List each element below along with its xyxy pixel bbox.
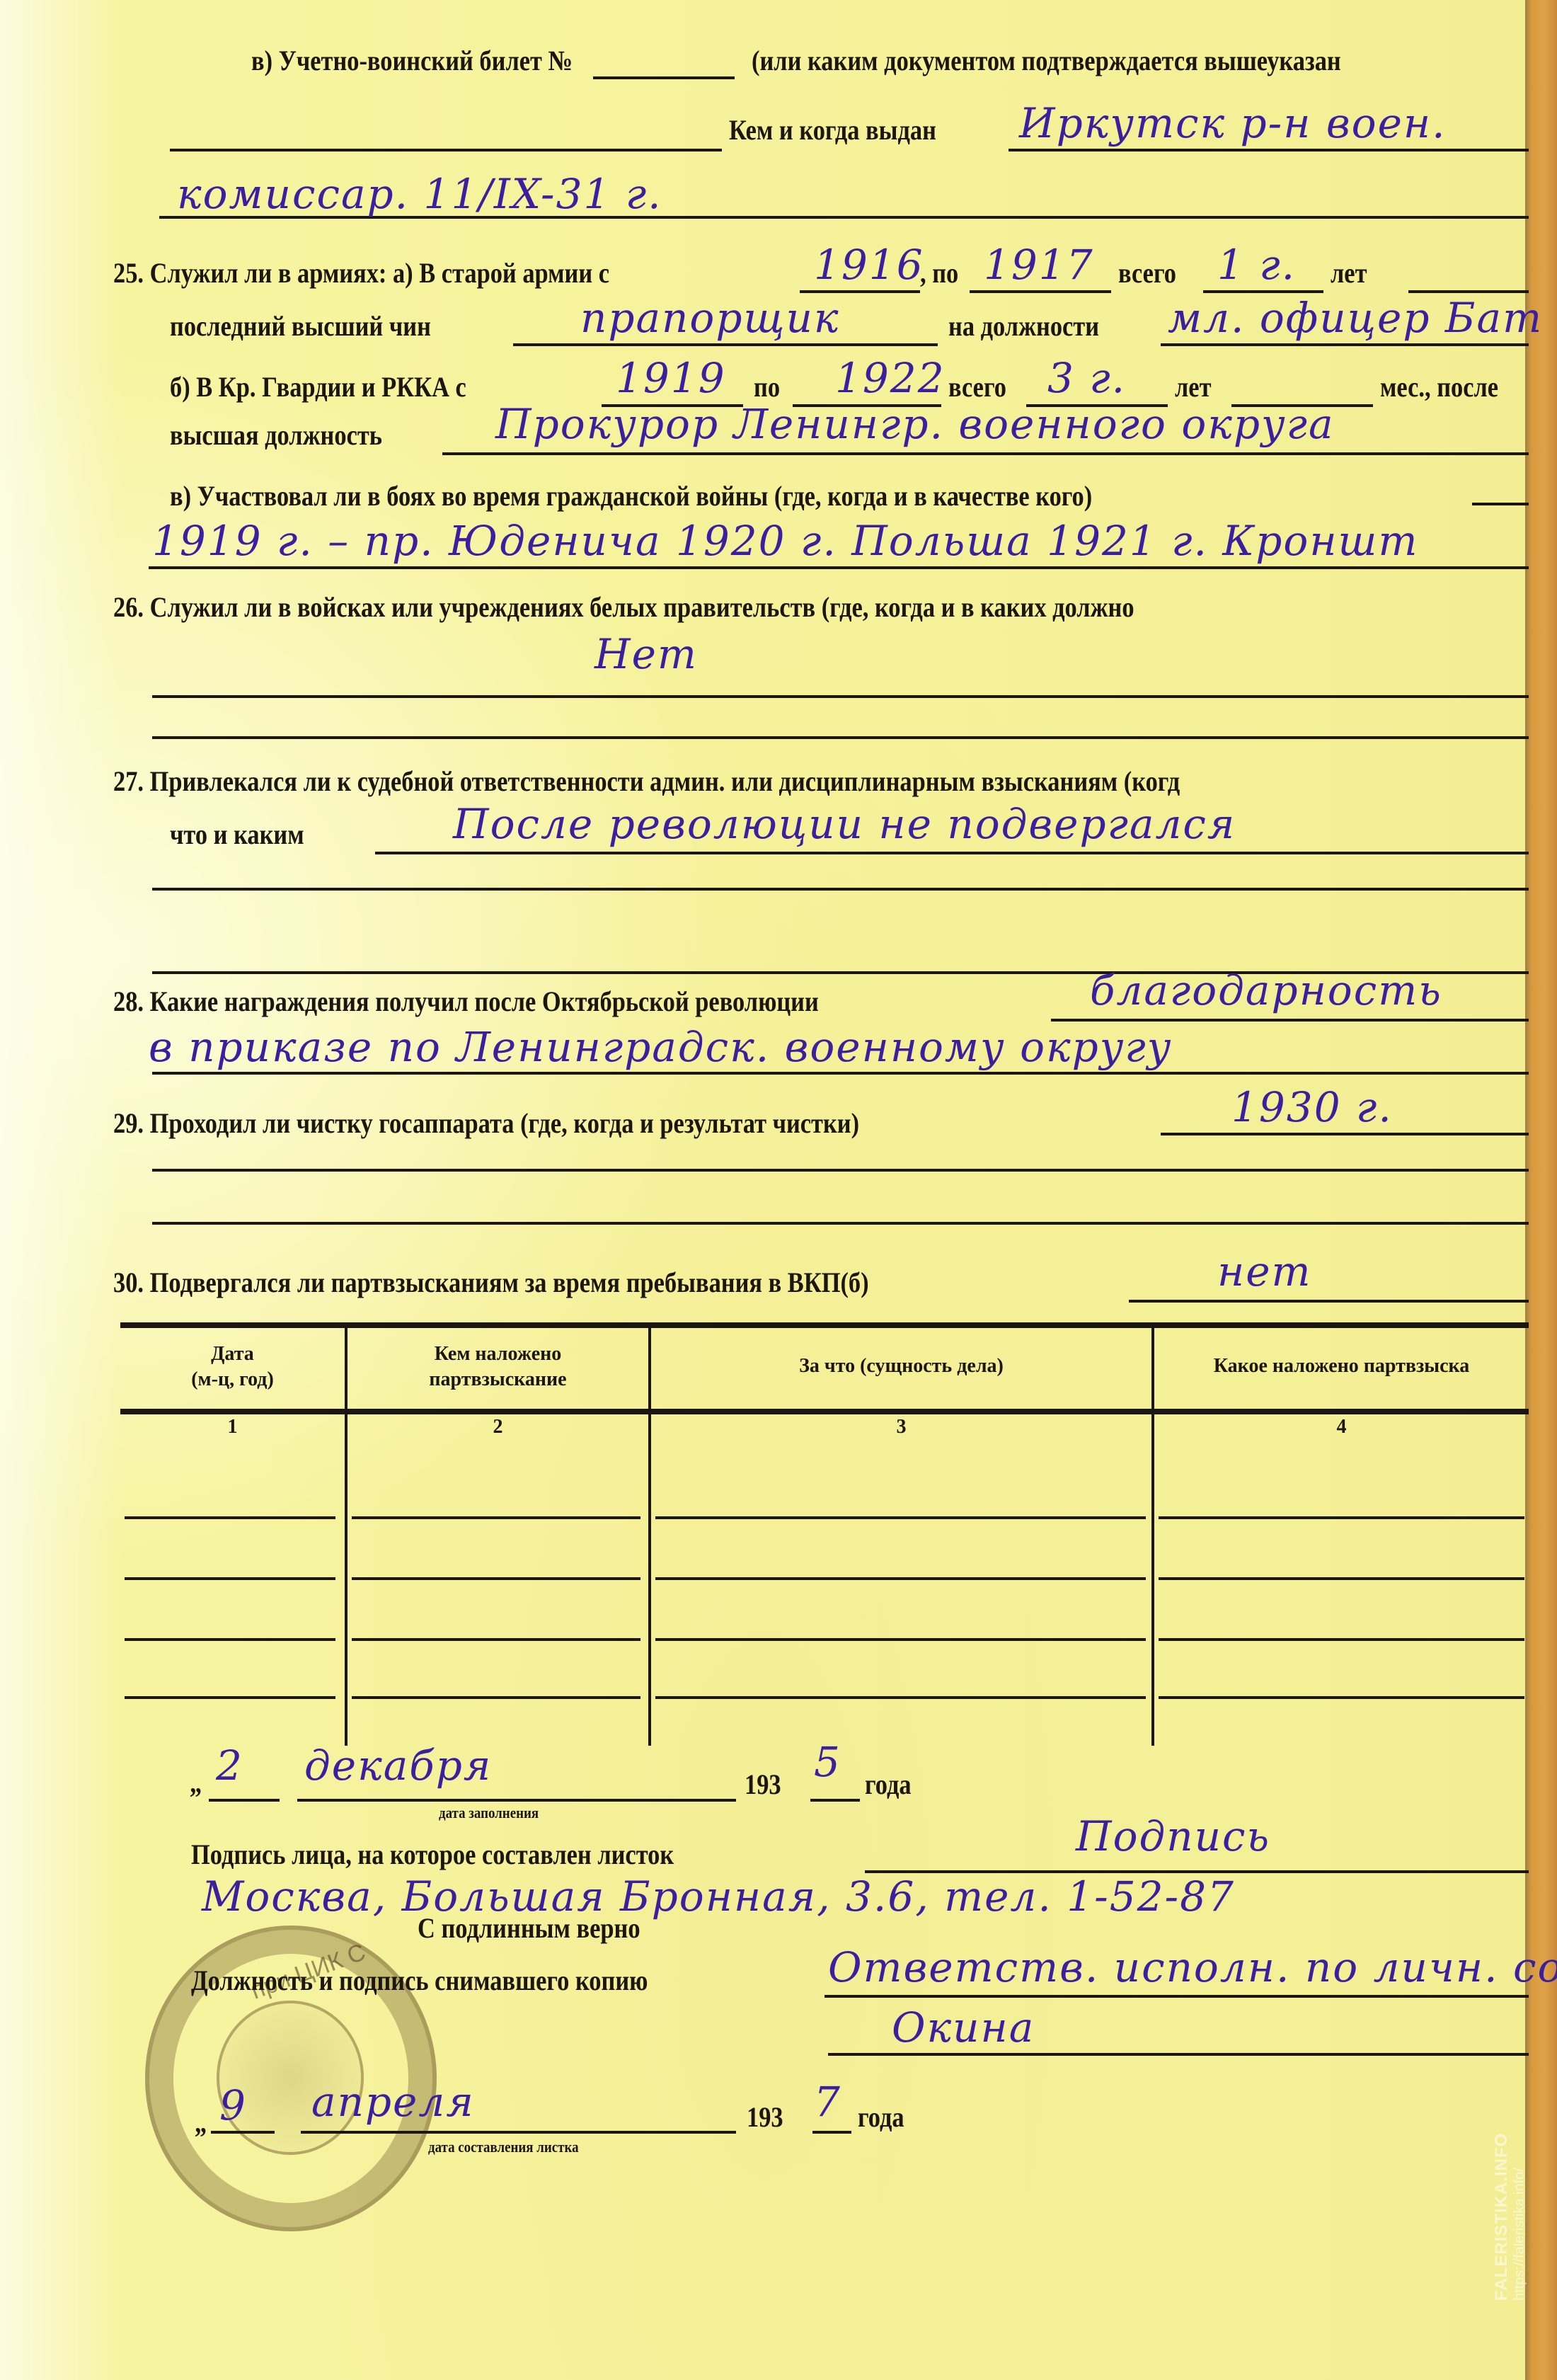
q25-label-b: б) В Кр. Гвардии и РККА с — [170, 370, 466, 404]
field-line — [297, 1799, 736, 1802]
table-row-line — [1159, 1638, 1524, 1641]
watermark-title: FALERISTIKA.INFO — [1492, 2133, 1512, 2301]
field-line — [211, 2131, 275, 2134]
table-row-line — [1159, 1696, 1524, 1699]
table-row-line — [352, 1577, 640, 1580]
table-row-line — [655, 1638, 1146, 1641]
fill-date-year-suffix: года — [865, 1768, 912, 1801]
q26-answer: Нет — [594, 630, 698, 678]
military-ticket-label-cont: (или каким документом подтверждается выш… — [752, 44, 1341, 77]
field-line — [1129, 1300, 1529, 1303]
table-row-line — [352, 1696, 640, 1699]
q25-old-army-from: 1916 — [814, 241, 924, 289]
q28-answer-2: в приказе по Ленинградск. военному округ… — [149, 1023, 1172, 1071]
table-row-line — [655, 1516, 1146, 1519]
fill-date-day: 2 — [216, 1741, 243, 1790]
q30-answer: нет — [1217, 1247, 1312, 1295]
field-line — [810, 1799, 860, 1802]
fill-date-year-prefix: 193 — [745, 1768, 781, 1801]
header-line: Дата — [120, 1341, 345, 1367]
fill-date-caption: дата заполнения — [439, 1804, 539, 1822]
table-col-number: 3 — [651, 1414, 1151, 1440]
q29-answer: 1930 г. — [1231, 1083, 1393, 1131]
table-header-reason: За что (сущность дела) — [651, 1354, 1151, 1379]
q27-label: 27. Привлекался ли к судебной ответствен… — [113, 765, 1180, 798]
military-ticket-label: в) Учетно-воинский билет № — [251, 44, 573, 77]
table-row-line — [655, 1577, 1146, 1580]
military-ticket-number-field — [593, 76, 735, 79]
table-col-number: 4 — [1154, 1414, 1529, 1440]
field-line — [1161, 1133, 1529, 1135]
copier-value-1: Ответств. исполн. по личн. сос — [828, 1943, 1557, 1991]
table-top-border — [120, 1322, 1529, 1328]
table-row-line — [1159, 1516, 1524, 1519]
q25-old-army-total: 1 г. — [1217, 241, 1296, 289]
q26-label: 26. Служил ли в войсках или учреждениях … — [113, 590, 1134, 624]
table-col-divider — [1151, 1322, 1154, 1746]
q27-answer: После революции не подвергался — [453, 800, 1236, 848]
field-line — [825, 1995, 1529, 1998]
table-col-number: 1 — [120, 1414, 345, 1440]
signature-label: Подпись лица, на которое составлен листо… — [191, 1838, 674, 1871]
table-row-line — [1159, 1577, 1524, 1580]
compile-date-year-suffix: года — [858, 2100, 904, 2134]
field-line — [152, 1169, 1529, 1172]
field-line — [970, 290, 1111, 293]
header-line: За что (сущность дела) — [651, 1354, 1151, 1379]
field-line — [375, 852, 1529, 854]
q25-position-label: на должности — [948, 309, 1099, 343]
q25-years-label: лет — [1331, 256, 1367, 290]
watermark-url: https://faleristika.info/ — [1512, 2133, 1528, 2301]
field-line — [152, 888, 1529, 891]
issued-by-value: Иркутск р-н воен. — [1019, 99, 1447, 147]
q29-label: 29. Проходил ли чистку госаппарата (где,… — [113, 1106, 859, 1140]
compile-date-year-digit: 7 — [814, 2078, 841, 2126]
table-header-penalty: Какое наложено партвзыска — [1154, 1354, 1529, 1379]
header-line: Какое наложено партвзыска — [1154, 1354, 1529, 1379]
q25-position-value: мл. офицер Бат — [1168, 294, 1543, 342]
table-row-line — [125, 1516, 335, 1519]
q25-label-v: в) Участвовал ли в боях во время граждан… — [170, 479, 1092, 513]
issued-by-line — [1009, 149, 1529, 151]
fill-date-quote: „ — [190, 1766, 202, 1800]
table-row-line — [125, 1638, 335, 1641]
field-line — [209, 1799, 280, 1802]
issued-by-label: Кем и когда выдан — [729, 113, 936, 147]
table-header-border — [120, 1409, 1529, 1414]
table-header-imposed-by: Кем наложено партвзыскание — [347, 1341, 648, 1392]
compile-date-quote: „ — [195, 2106, 207, 2139]
field-line — [812, 2131, 851, 2134]
q25-rkka-years-label: лет — [1175, 370, 1211, 404]
compile-date-day: 9 — [219, 2081, 247, 2129]
field-line — [800, 290, 920, 293]
signature-value: Подпись — [1076, 1812, 1270, 1860]
q25-rkka-from: 1919 — [616, 354, 726, 402]
field-line — [1472, 503, 1529, 505]
header-line: (м-ц, год) — [120, 1367, 345, 1392]
q25-rank-label: последний высший чин — [170, 309, 431, 343]
q25-rkka-to: 1922 — [835, 354, 946, 402]
q25-rkka-total: 3 г. — [1047, 354, 1126, 402]
table-header-date: Дата (м-ц, год) — [120, 1341, 345, 1392]
field-line — [1051, 1019, 1529, 1022]
q25-total-label: всего — [1118, 256, 1176, 290]
table-col-number: 2 — [347, 1414, 648, 1440]
table-row-line — [655, 1696, 1146, 1699]
q25-rkka-months-label: мес., после — [1380, 370, 1498, 404]
field-line — [1161, 343, 1529, 346]
q25-label-a: 25. Служил ли в армиях: а) В старой арми… — [113, 256, 609, 290]
q25-old-army-to: 1917 — [984, 241, 1094, 289]
q28-answer-1: благодарность — [1090, 966, 1442, 1014]
q25-battles-value: 1919 г. – пр. Юденича 1920 г. Польша 192… — [152, 517, 1418, 565]
field-line — [828, 2053, 1529, 2056]
field-line — [301, 2131, 736, 2134]
table-row-line — [125, 1577, 335, 1580]
q27-label-2: что и каким — [170, 818, 304, 851]
compile-date-year-prefix: 193 — [747, 2100, 783, 2134]
field-line — [152, 1072, 1529, 1075]
field-line — [1408, 290, 1529, 293]
q25-rank-value: прапорщик — [580, 294, 840, 342]
field-line — [1203, 290, 1323, 293]
watermark: FALERISTIKA.INFO https://faleristika.inf… — [1492, 2133, 1528, 2301]
q25-rkka-to-label: по — [754, 370, 780, 404]
field-line — [149, 566, 1529, 569]
header-line: Кем наложено — [347, 1341, 648, 1367]
issued-by-value-2: комиссар. 11/IX-31 г. — [177, 170, 662, 218]
field-line — [152, 1222, 1529, 1225]
table-row-line — [352, 1638, 640, 1641]
table-row-line — [352, 1516, 640, 1519]
q28-label: 28. Какие награждения получил после Октя… — [113, 985, 819, 1018]
table-col-divider — [648, 1322, 651, 1746]
field-line — [152, 736, 1529, 739]
q25-to-label: , по — [920, 256, 958, 290]
signature-address: Москва, Большая Бронная, 3.6, тел. 1-52-… — [202, 1872, 1235, 1921]
blank-line — [170, 149, 722, 151]
header-line: партвзыскание — [347, 1367, 648, 1392]
field-line — [442, 452, 1529, 455]
q25-highest-value: Прокурор Ленингр. военного округа — [495, 400, 1335, 448]
certified-label: С подлинным верно — [418, 1911, 640, 1945]
compile-date-month: апреля — [311, 2078, 475, 2126]
field-line — [152, 695, 1529, 698]
fill-date-year-digit: 5 — [814, 1738, 841, 1786]
table-row-line — [125, 1696, 335, 1699]
q25-rkka-total-label: всего — [948, 370, 1006, 404]
q25-highest-label: высшая должность — [170, 418, 382, 452]
compile-date-caption: дата составления листка — [428, 2138, 579, 2156]
fill-date-month: декабря — [304, 1741, 492, 1790]
copier-label: Должность и подпись снимавшего копию — [191, 1964, 648, 1997]
page-edge — [1525, 0, 1557, 2380]
copier-value-2: Окина — [892, 2003, 1035, 2052]
field-line — [513, 343, 938, 346]
q30-label: 30. Подвергался ли партвзысканиям за вре… — [113, 1266, 869, 1299]
